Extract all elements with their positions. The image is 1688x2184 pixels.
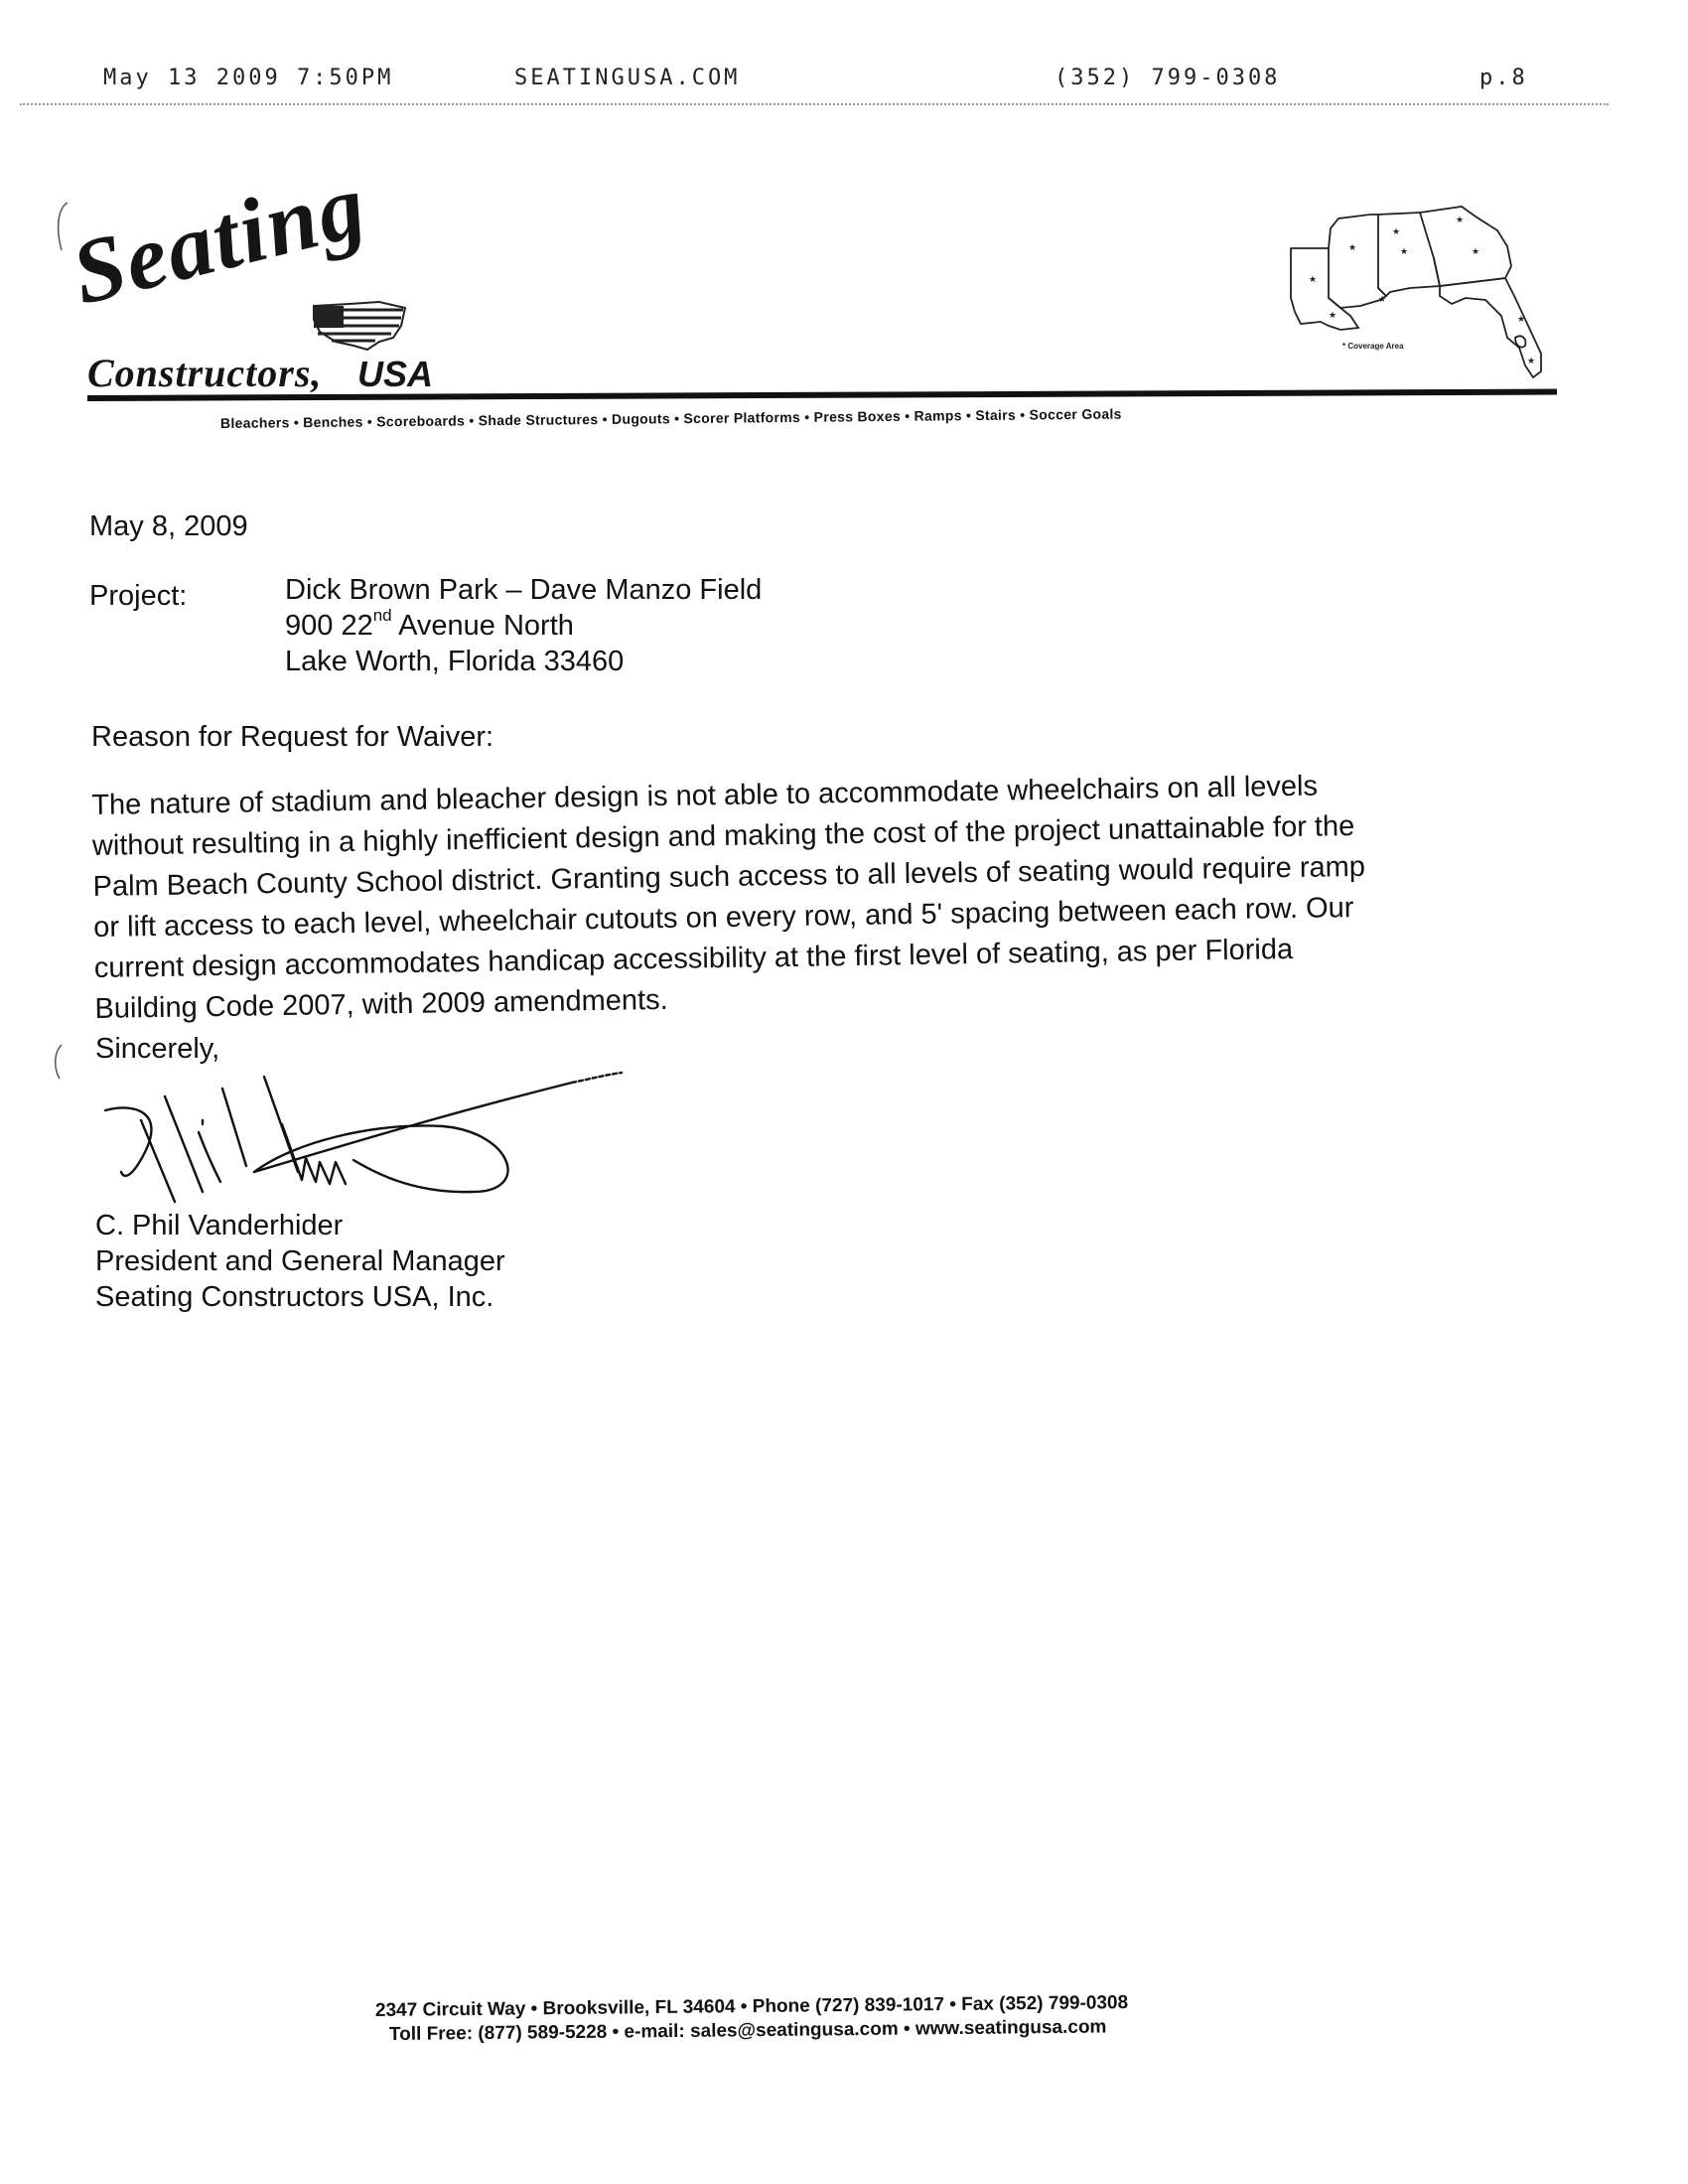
svg-text:★: ★ — [1400, 247, 1408, 257]
svg-text:★: ★ — [1348, 243, 1356, 253]
svg-text:★: ★ — [1517, 315, 1525, 325]
svg-text:★: ★ — [1392, 227, 1400, 237]
fax-header-rule — [20, 103, 1609, 106]
southeast-us-coverage-map-icon: ★ ★ ★ ★ ★ ★ ★ ★ ★ ★ — [1281, 189, 1559, 387]
footer-contact-line: Toll Free: (877) 589-5228 • e-mail: sale… — [389, 2016, 1107, 2046]
fax-timestamp: May 13 2009 7:50PM — [103, 66, 393, 90]
handwritten-signature — [95, 1063, 651, 1222]
svg-text:★: ★ — [1378, 295, 1386, 305]
project-address-city: Lake Worth, Florida 33460 — [285, 646, 624, 678]
svg-text:★: ★ — [1329, 311, 1336, 321]
fax-phone: (352) 799-0308 — [1055, 66, 1280, 90]
project-name: Dick Brown Park – Dave Manzo Field — [285, 574, 762, 607]
signer-company: Seating Constructors USA, Inc. — [95, 1281, 493, 1314]
waiver-reason-paragraph: The nature of stadium and bleacher desig… — [91, 763, 1565, 1030]
signer-name: C. Phil Vanderhider — [95, 1210, 343, 1242]
letter-date: May 8, 2009 — [89, 510, 248, 543]
closing: Sincerely, — [95, 1033, 219, 1066]
services-list: Bleachers • Benches • Scoreboards • Shad… — [220, 405, 1122, 431]
logo-constructors: Constructors, — [87, 350, 322, 396]
project-label: Project: — [89, 580, 187, 613]
map-legend: * Coverage Area — [1342, 342, 1404, 351]
project-address-street: 900 22nd Avenue North — [285, 610, 574, 643]
fax-sender: SEATINGUSA.COM — [514, 66, 740, 90]
logo-usa: USA — [357, 354, 433, 395]
svg-text:★: ★ — [1309, 275, 1317, 285]
fax-page-number: p.8 — [1479, 66, 1528, 90]
signer-title: President and General Manager — [95, 1245, 505, 1278]
svg-text:★: ★ — [1456, 216, 1464, 225]
reason-heading: Reason for Request for Waiver: — [91, 721, 493, 754]
scan-mark-icon — [50, 1043, 66, 1083]
us-flag-map-icon — [310, 298, 409, 358]
svg-text:★: ★ — [1527, 357, 1535, 366]
svg-text:★: ★ — [1472, 247, 1479, 257]
